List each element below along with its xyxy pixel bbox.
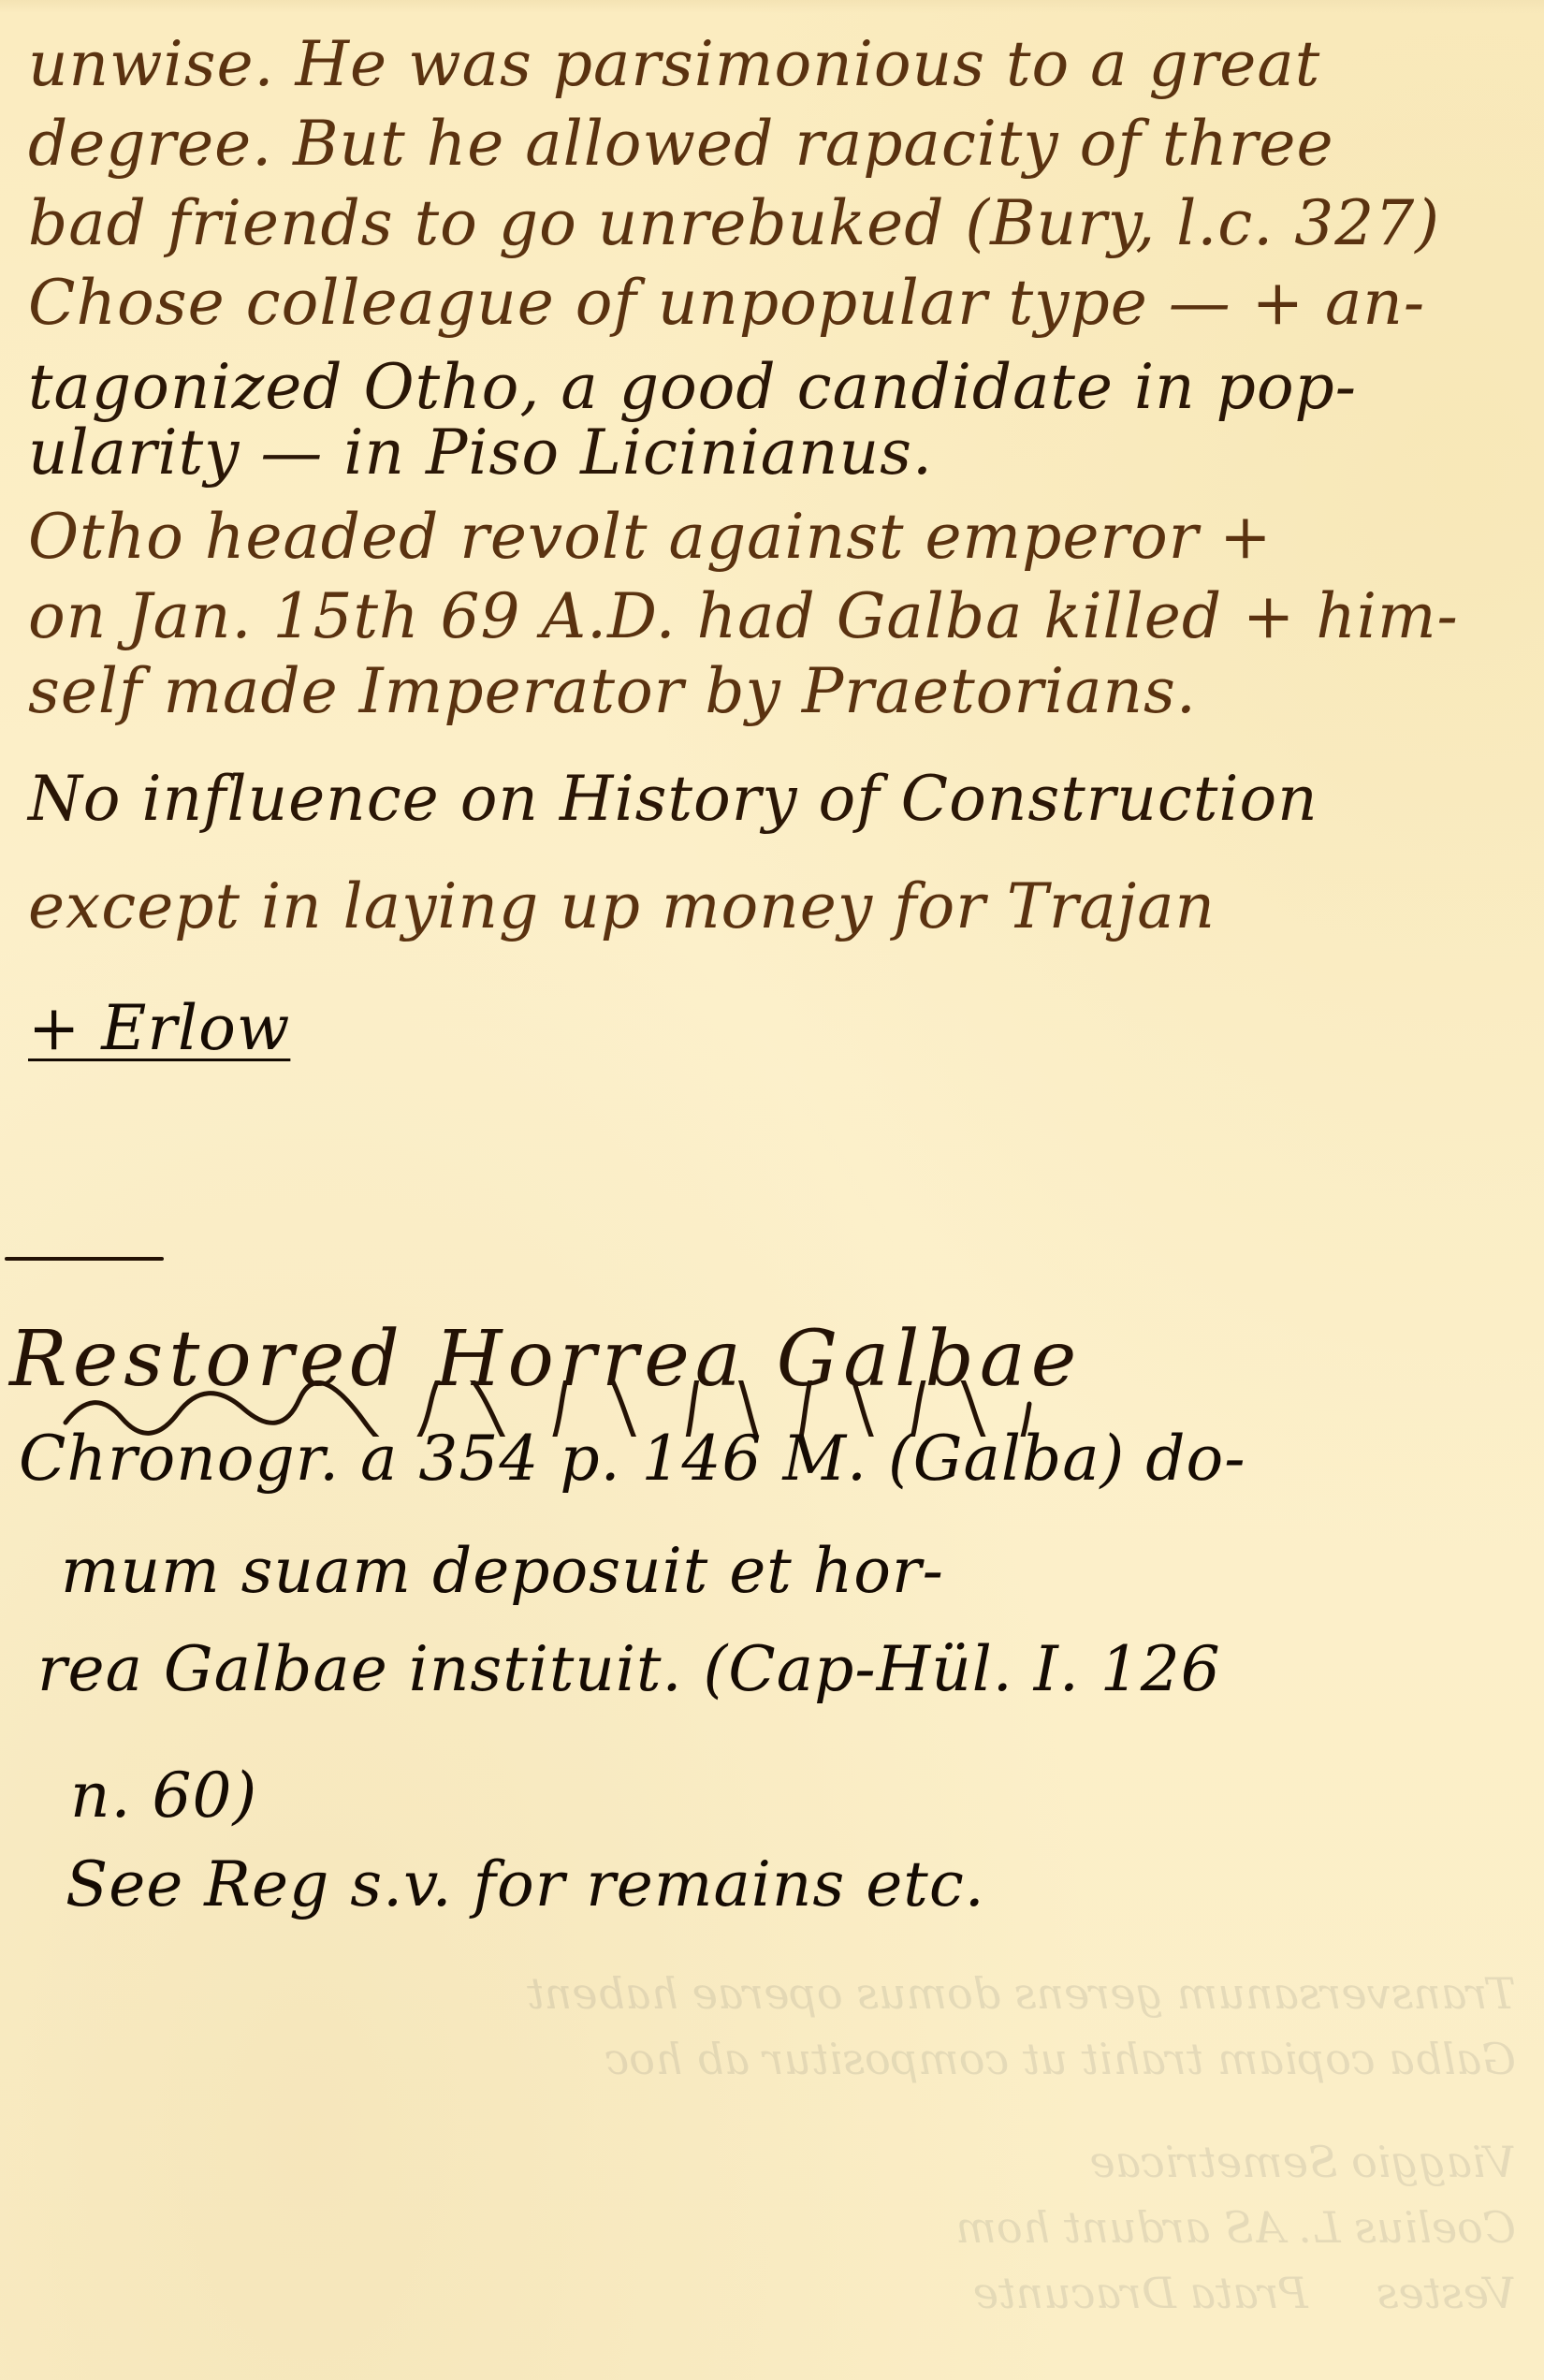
bleed-through-line: Vestes Prata Dracunte — [206, 2246, 1516, 2340]
section-divider — [5, 1257, 164, 1261]
manuscript-page: Transversanum gerens domus operae habent… — [0, 0, 1544, 2380]
note-line: except in laying up money for Trajan — [28, 870, 1216, 942]
note-line: Chronogr. a 354 p. 146 M. (Galba) do- — [19, 1423, 1246, 1495]
note-line: Chose colleague of unpopular type — + an… — [28, 267, 1425, 339]
note-line: ularity — in Piso Licinianus. — [28, 416, 933, 489]
note-line: degree. But he allowed rapacity of three — [28, 108, 1334, 180]
note-line: mum suam deposuit et hor- — [61, 1535, 944, 1607]
note-line: tagonized Otho, a good candidate in pop- — [28, 351, 1357, 423]
note-line: + Erlow — [28, 992, 290, 1064]
note-line: unwise. He was parsimonious to a great — [28, 28, 1320, 100]
note-line: rea Galbae instituit. (Cap-Hül. I. 126 — [37, 1633, 1221, 1705]
note-line: No influence on History of Construction — [28, 763, 1318, 835]
note-line: See Reg s.v. for remains etc. — [66, 1848, 985, 1920]
bleed-through-line: Galba copiam trahit ut compositur ab hoc — [206, 2012, 1516, 2106]
note-line: Otho headed revolt against emperor + — [28, 501, 1273, 573]
note-line: bad friends to go unrebuked (Bury, l.c. … — [28, 187, 1440, 259]
torn-top-edge — [0, 0, 1544, 13]
note-line: n. 60) — [70, 1759, 257, 1832]
note-line: self made Imperator by Praetorians. — [28, 655, 1197, 727]
note-line: on Jan. 15th 69 A.D. had Galba killed + … — [28, 580, 1459, 652]
